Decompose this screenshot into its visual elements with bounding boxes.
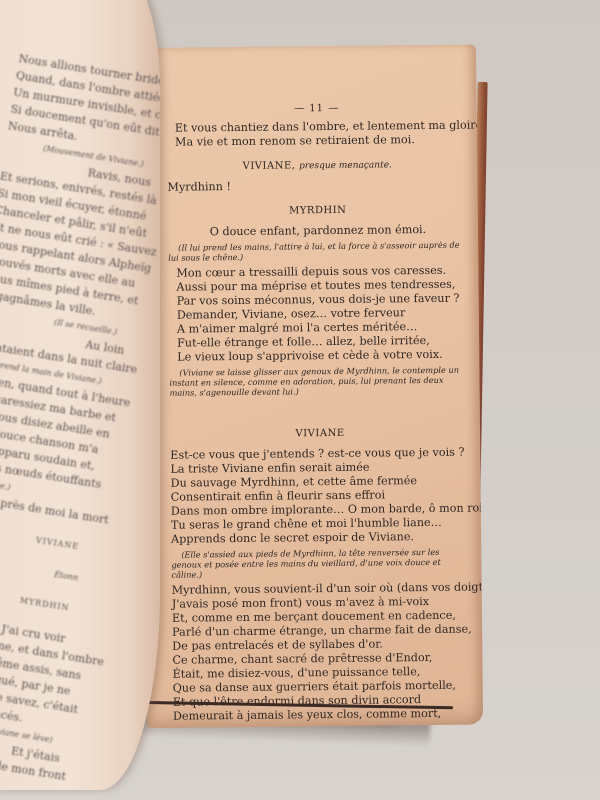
stage-direction: presque menaçante. (299, 160, 392, 171)
speaker-heading-myrdhin: MYRDHIN (168, 203, 468, 220)
spacer (170, 399, 470, 418)
verse-line: Apprends donc le secret espoir de Vivian… (171, 530, 471, 547)
stage-direction: (Elle s'assied aux pieds de Myrdhinn, la… (171, 547, 471, 580)
verse-line: Myrdhinn ! (167, 178, 467, 195)
stage-direction: (Il lui prend les mains, l'attire à lui,… (168, 240, 468, 263)
verse-line: Demeurait à jamais les yeux clos, comme … (173, 707, 473, 724)
verse-line: Le vieux loup s'apprivoise et cède à vot… (169, 348, 469, 365)
speaker-heading-viviane: VIVIANE (170, 426, 470, 443)
stage-direction: (Viviane se laisse glisser aux genoux de… (169, 365, 469, 398)
speaker-heading-viviane: VIVIANE, presque menaçante. (167, 158, 467, 175)
verse-line: O douce enfant, pardonnez mon émoi. (168, 223, 468, 240)
verse-line: Ma vie et mon renom se retiraient de moi… (167, 133, 467, 150)
left-page: Nous allions tourner bride et quitter Qu… (0, 0, 160, 790)
page-number: — 11 — (167, 101, 467, 118)
speaker-name: VIVIANE, (243, 160, 296, 172)
right-page-content: — 11 — Et vous chantiez dans l'ombre, et… (167, 101, 473, 724)
left-page-content: Nous allions tourner bride et quitter Qu… (0, 50, 160, 784)
photo-scene: — 11 — Et vous chantiez dans l'ombre, et… (0, 0, 600, 800)
right-page: — 11 — Et vous chantiez dans l'ombre, et… (140, 44, 483, 727)
